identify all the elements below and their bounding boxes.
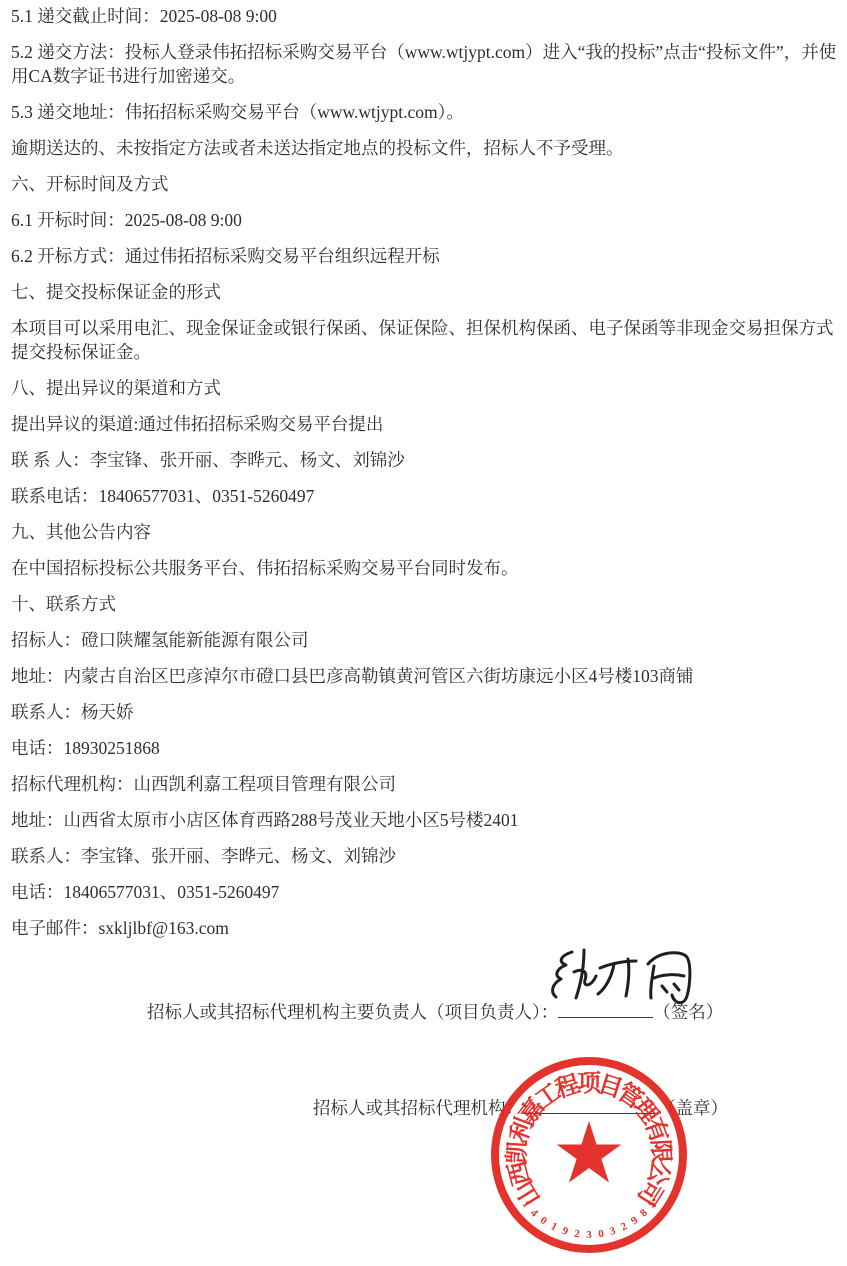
seal-code-char: 0 — [597, 1228, 605, 1241]
paragraph: 联系人：李宝锋、张开丽、李晔元、杨文、刘锦沙 — [11, 844, 837, 868]
seal-code-char: 3 — [586, 1229, 592, 1241]
paragraph: 6.2 开标方式：通过伟拓招标采购交易平台组织远程开标 — [11, 244, 837, 268]
paragraph: 七、提交投标保证金的形式 — [11, 280, 837, 304]
paragraph: 5.2 递交方法：投标人登录伟拓招标采购交易平台（www.wtjypt.com）… — [11, 40, 837, 88]
paragraph: 逾期送达的、未按指定方法或者未送达指定地点的投标文件，招标人不予受理。 — [11, 136, 837, 160]
paragraph: 在中国招标投标公共服务平台、伟拓招标采购交易平台同时发布。 — [11, 556, 837, 580]
paragraph: 联系人：杨天娇 — [11, 700, 837, 724]
signature-stroke — [654, 975, 684, 978]
seal-code-char: 2 — [619, 1220, 630, 1233]
paragraph: 电子邮件：sxkljlbf@163.com — [11, 916, 837, 940]
paragraph: 5.1 递交截止时间：2025-08-08 9:00 — [11, 4, 837, 28]
paragraph: 6.1 开标时间：2025-08-08 9:00 — [11, 208, 837, 232]
seal-code-char: 4 — [528, 1207, 541, 1220]
signature-stroke — [662, 986, 667, 992]
company-seal: 山西凯利嘉工程项目管理有限公司 1401923032985 — [487, 1053, 691, 1257]
signature-stroke — [600, 961, 636, 968]
document-body: 5.1 递交截止时间：2025-08-08 9:005.2 递交方法：投标人登录… — [11, 4, 837, 952]
seal-code-char: 9 — [629, 1214, 641, 1227]
signature-stroke — [674, 984, 679, 990]
seal-code-char: 9 — [561, 1225, 570, 1238]
signature-stroke — [574, 970, 596, 985]
seal-code-char: 8 — [638, 1207, 651, 1220]
seal-star-icon — [557, 1121, 622, 1183]
seal-code-char: 1 — [549, 1220, 559, 1233]
paragraph: 5.3 递交地址：伟拓招标采购交易平台（www.wtjypt.com）。 — [11, 100, 837, 124]
paragraph: 地址：山西省太原市小店区体育西路288号茂业天地小区5号楼2401 — [11, 808, 837, 832]
paragraph: 电话：18406577031、0351-5260497 — [11, 880, 837, 904]
seal-code-char: 2 — [573, 1228, 581, 1241]
paragraph: 招标人：磴口陕耀氢能新能源有限公司 — [11, 628, 837, 652]
paragraph: 招标代理机构：山西凯利嘉工程项目管理有限公司 — [11, 772, 837, 796]
signature-stroke — [626, 959, 629, 996]
paragraph: 地址：内蒙古自治区巴彦淖尔市磴口县巴彦高勒镇黄河管区六街坊康远小区4号楼103商… — [11, 664, 837, 688]
seal-code-char: 3 — [608, 1225, 617, 1238]
paragraph: 本项目可以采用电汇、现金保证金或银行保函、保证保险、担保机构保函、电子保函等非现… — [11, 316, 837, 364]
tender-document-page: 5.1 递交截止时间：2025-08-08 9:005.2 递交方法：投标人登录… — [0, 0, 847, 1266]
paragraph: 十、联系方式 — [11, 592, 837, 616]
paragraph: 电话：18930251868 — [11, 736, 837, 760]
signature-stroke — [576, 950, 584, 998]
paragraph: 联系电话：18406577031、0351-5260497 — [11, 484, 837, 508]
signature-stroke — [651, 966, 654, 998]
responsible-label: 招标人或其招标代理机构主要负责人（项目负责人）： — [147, 1002, 558, 1022]
paragraph: 八、提出异议的渠道和方式 — [11, 376, 837, 400]
seal-code-char: 0 — [538, 1214, 550, 1227]
paragraph: 提出异议的渠道:通过伟拓招标采购交易平台提出 — [11, 412, 837, 436]
paragraph: 联 系 人：李宝锋、张开丽、李晔元、杨文、刘锦沙 — [11, 448, 837, 472]
paragraph: 九、其他公告内容 — [11, 520, 837, 544]
handwritten-signature — [540, 942, 700, 1027]
signature-stroke — [553, 952, 572, 997]
paragraph: 六、开标时间及方式 — [11, 172, 837, 196]
